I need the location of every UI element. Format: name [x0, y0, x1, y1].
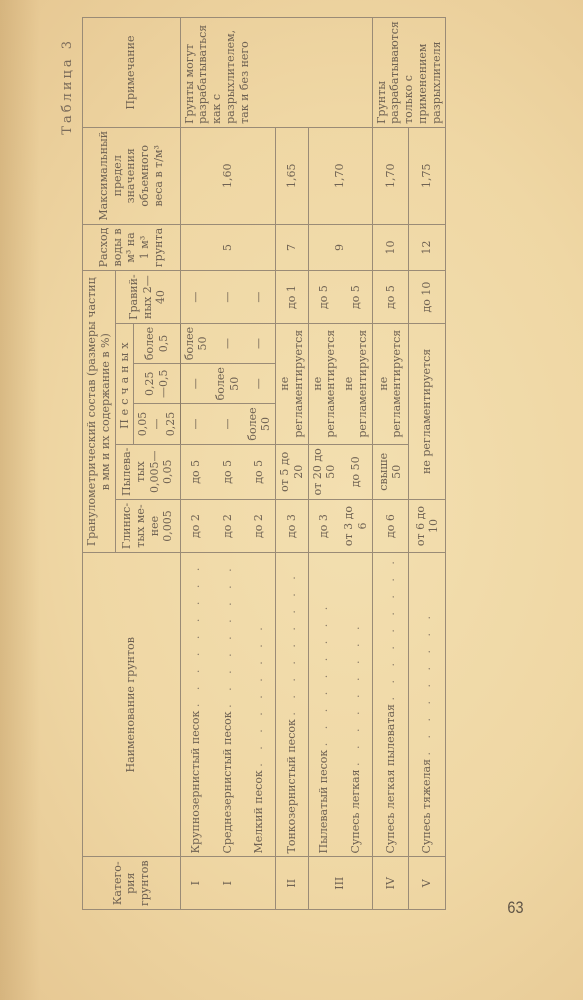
- cell-clay: до 3: [308, 499, 340, 552]
- header-gravel: Гравий-ных 2—40: [115, 271, 180, 323]
- cell-silt-sand-merged: не регламентируется: [409, 323, 446, 499]
- cell-name: Тонкозернистый песок . . . . . . . . .: [276, 553, 309, 857]
- cell-category: I: [212, 857, 244, 910]
- cell-water: 9: [308, 224, 372, 271]
- page-number: 63: [507, 898, 523, 918]
- cell-sand-fine: более 50: [244, 404, 276, 444]
- cell-clay: до 2: [212, 499, 244, 552]
- cell-water: 7: [276, 224, 309, 271]
- header-sand-fine: 0,05—0,25: [134, 404, 180, 444]
- cell-name: Супесь легкая . . . . . . . . .: [340, 553, 372, 857]
- cell-sand-merged: не регламентируется: [308, 323, 340, 444]
- cell-sand-medium: более 50: [212, 364, 244, 404]
- table-row: II Тонкозернистый песок . . . . . . . . …: [276, 18, 309, 910]
- cell-sand-merged: не регламентируется: [372, 323, 409, 444]
- cell-silt: свыше 50: [372, 444, 409, 499]
- soil-table: Катего-рия грунтов Наименование грунтов …: [82, 17, 446, 910]
- header-name: Наименование грунтов: [83, 553, 181, 857]
- cell-water: 10: [372, 224, 409, 271]
- cell-gravel: до 5: [308, 271, 340, 323]
- cell-sand-medium: —: [180, 364, 212, 404]
- cell-clay: до 3: [276, 499, 309, 552]
- cell-clay: до 6: [372, 499, 409, 552]
- table-row: IV Супесь легкая пылеватая . . . . . . .…: [372, 18, 409, 910]
- rotated-table-stage: Таблица 3 Катего-рия грунтов Наименовани…: [50, 30, 480, 910]
- cell-gravel: до 1: [276, 271, 309, 323]
- cell-category: III: [308, 857, 372, 910]
- cell-sand-merged: не регламентируется: [340, 323, 372, 444]
- header-sand-group: Песчаных: [115, 323, 134, 444]
- cell-sand-merged: не регламентируется: [276, 323, 309, 444]
- cell-sand-coarse: —: [244, 323, 276, 363]
- header-max-weight: Максимальный предел значения объемного в…: [83, 127, 181, 224]
- cell-note: Грунты разрабатываются только с применен…: [372, 18, 446, 128]
- header-sand-medium: 0,25—0,5: [134, 364, 180, 404]
- cell-max-weight: 1,65: [276, 127, 309, 224]
- cell-name: Крупнозернистый песок . . . . . . . . .: [180, 553, 212, 857]
- cell-max-weight: 1,70: [308, 127, 372, 224]
- cell-gravel: до 5: [340, 271, 372, 323]
- header-category: Катего-рия грунтов: [83, 857, 181, 910]
- header-granulometric: Гранулометрический состав (размеры части…: [83, 271, 116, 553]
- cell-silt: до 5: [244, 444, 276, 499]
- table-row: III Пылеватый песок . . . . . . . . . до…: [308, 18, 340, 910]
- cell-note: Грунты могут разрабатываться как с разры…: [180, 18, 372, 128]
- cell-silt: от 5 до 20: [276, 444, 309, 499]
- cell-sand-coarse: —: [212, 323, 244, 363]
- cell-water: 12: [409, 224, 446, 271]
- cell-name: Супесь тяжелая . . . . . . . . .: [409, 553, 446, 857]
- table-row: I Крупнозернистый песок . . . . . . . . …: [180, 18, 212, 910]
- cell-silt: до 5: [180, 444, 212, 499]
- header-note: Примечание: [83, 18, 181, 128]
- cell-clay: от 3 до 6: [340, 499, 372, 552]
- cell-gravel: до 5: [372, 271, 409, 323]
- cell-category: [244, 857, 276, 910]
- cell-sand-fine: —: [212, 404, 244, 444]
- cell-clay: от 6 до 10: [409, 499, 446, 552]
- cell-sand-coarse: более 50: [180, 323, 212, 363]
- header-clay: Глинис-тых ме-нее 0,005: [115, 499, 180, 552]
- cell-category: I: [180, 857, 212, 910]
- header-water: Расход воды в м³ на 1 м³ грунта: [83, 224, 181, 271]
- cell-category: V: [409, 857, 446, 910]
- cell-name: Супесь легкая пылеватая . . . . . . . . …: [372, 553, 409, 857]
- cell-max-weight: 1,75: [409, 127, 446, 224]
- cell-max-weight: 1,70: [372, 127, 409, 224]
- table-row: V Супесь тяжелая . . . . . . . . . от 6 …: [409, 18, 446, 910]
- cell-category: II: [276, 857, 309, 910]
- page-shadow-edge: [0, 0, 40, 1000]
- cell-max-weight: 1,60: [180, 127, 276, 224]
- cell-silt: до 5: [212, 444, 244, 499]
- cell-gravel: —: [212, 271, 244, 323]
- cell-clay: до 2: [244, 499, 276, 552]
- cell-clay: до 2: [180, 499, 212, 552]
- cell-sand-fine: —: [180, 404, 212, 444]
- cell-name: Мелкий песок . . . . . . . . .: [244, 553, 276, 857]
- cell-category: IV: [372, 857, 409, 910]
- cell-name: Пылеватый песок . . . . . . . . .: [308, 553, 340, 857]
- cell-name: Среднезернистый песок . . . . . . . . .: [212, 553, 244, 857]
- header-sand-coarse: более 0,5: [134, 323, 180, 363]
- cell-gravel: —: [244, 271, 276, 323]
- cell-sand-medium: —: [244, 364, 276, 404]
- cell-gravel: —: [180, 271, 212, 323]
- cell-silt: от 20 до 50: [308, 444, 340, 499]
- table-label: Таблица 3: [60, 38, 75, 135]
- cell-water: 5: [180, 224, 276, 271]
- cell-gravel: до 10: [409, 271, 446, 323]
- cell-silt: до 50: [340, 444, 372, 499]
- header-silt: Пылева-тых 0,005—0,05: [115, 444, 180, 499]
